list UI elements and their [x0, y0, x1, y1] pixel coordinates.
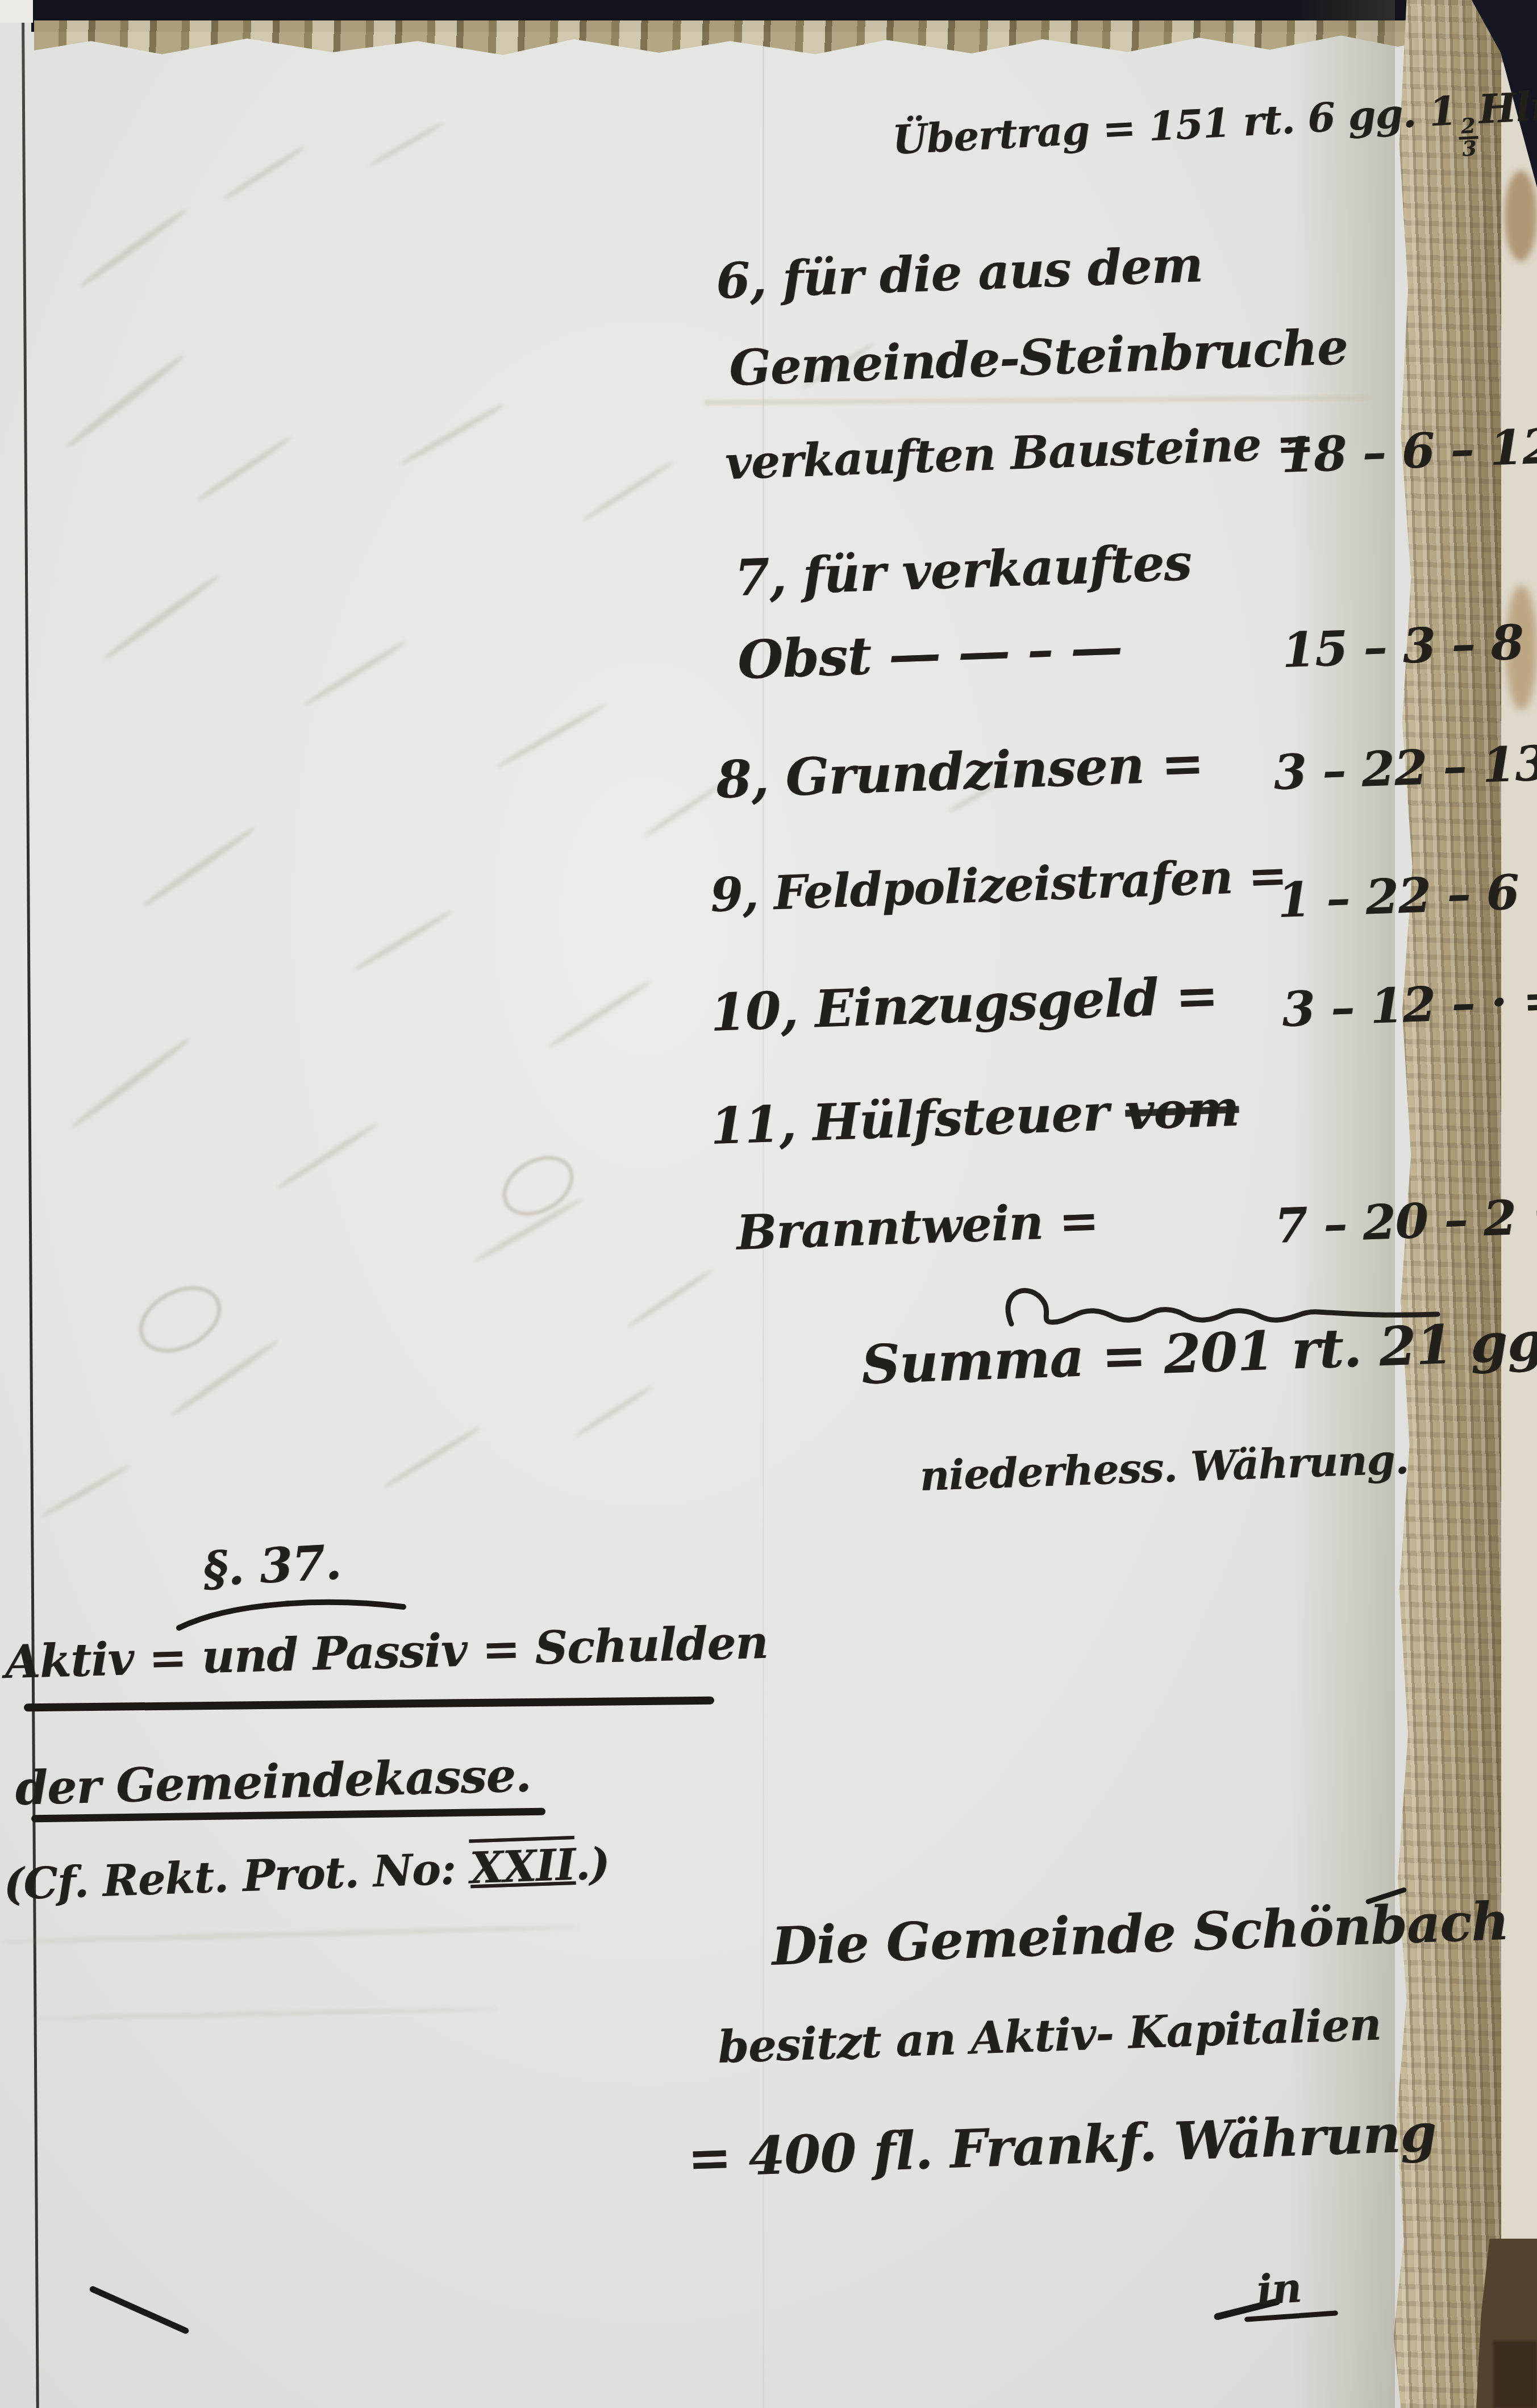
bleedthrough-mark	[34, 2006, 500, 2020]
bleedthrough-mark	[574, 1385, 653, 1438]
bleedthrough-mark	[399, 402, 505, 467]
carryover-fraction: 23	[1458, 116, 1480, 160]
entry-line: 9, Feldpolizeistrafen =	[710, 848, 1288, 923]
bleedthrough-mark	[102, 573, 221, 662]
bleedthrough-mark	[0, 1924, 580, 1945]
entry-amount: 3 – 22 – 1312–	[1273, 733, 1537, 830]
section-number: §. 37.	[202, 1534, 342, 1597]
entry-line: Obst — — – —	[736, 616, 1123, 691]
reference-number: XXII	[469, 1839, 576, 1893]
entry-amount: 15 – 3 – 8 –	[1281, 613, 1537, 678]
margin-rule-line	[22, 15, 39, 2408]
entry-line: Branntwein =	[736, 1192, 1099, 1261]
section-reference: (Cf. Rekt. Prot. No: XXII.)	[3, 1838, 610, 1910]
bleedthrough-mark	[353, 909, 454, 972]
bleedthrough-mark	[222, 144, 306, 201]
paper-crease	[705, 395, 1369, 405]
page-stain	[1505, 170, 1537, 261]
catchword: in	[1255, 2263, 1302, 2314]
section-title-line1: Aktiv = und Passiv = Schulden	[5, 1615, 769, 1689]
bleedthrough-mark	[78, 207, 188, 289]
bleedthrough-mark	[548, 980, 651, 1049]
entry-line: 10, Einzugsgeld =	[709, 965, 1218, 1043]
book-cover-corner	[1493, 2341, 1537, 2408]
entry-line: 7, für verkauftes	[734, 532, 1192, 607]
bleedthrough-mark	[303, 639, 407, 707]
bleedthrough-loop	[491, 1144, 584, 1228]
bleedthrough-mark	[195, 435, 293, 503]
body-line: Die Gemeinde Schönbach	[770, 1890, 1509, 1977]
carryover-unit: Hlr.	[1477, 82, 1537, 133]
bleedthrough-mark	[40, 1464, 131, 1519]
entry-line: 6, für die aus dem	[715, 236, 1203, 310]
bleedthrough-mark	[65, 353, 186, 449]
entry-line: Gemeinde-Steinbruche	[728, 318, 1348, 397]
bleedthrough-mark	[627, 1267, 714, 1328]
entry-line: 11, Hülfsteuer vom	[709, 1078, 1239, 1156]
struck-word: vom	[1124, 1078, 1239, 1141]
bleedthrough-loop	[128, 1273, 233, 1366]
bleedthrough-mark	[141, 825, 256, 909]
entry-line: 8, Grundzinsen =	[715, 733, 1204, 810]
body-line: besitzt an Aktiv- Kapitalien	[717, 1998, 1382, 2073]
section-title-line2: der Gemeindekasse.	[14, 1748, 531, 1816]
bleedthrough-mark	[495, 702, 607, 770]
entry-amount: 3 – 12 – · =	[1281, 972, 1537, 1038]
title-underline	[24, 1697, 714, 1712]
stray-ink-stroke	[89, 2285, 190, 2335]
bleedthrough-mark	[368, 121, 444, 168]
carryover-text: Übertrag = 151 rt. 6 gg. 1	[891, 87, 1457, 164]
entry-line: verkauften Bausteine =	[724, 416, 1315, 490]
manuscript-page-scan: Übertrag = 151 rt. 6 gg. 123Hlr. 6, für …	[0, 0, 1537, 2408]
bleedthrough-mark	[643, 780, 726, 838]
bleedthrough-mark	[70, 1036, 192, 1130]
bleedthrough-mark	[275, 1122, 378, 1191]
entry-amount: 1 – 22 – 6 =	[1277, 862, 1537, 928]
bleedthrough-mark	[382, 1425, 482, 1490]
bleedthrough-mark	[169, 1338, 280, 1418]
bleedthrough-mark	[581, 460, 674, 523]
torn-paper-top-edge	[34, 20, 1455, 58]
entry-amount: 7 – 20 – 2 =	[1274, 1188, 1537, 1254]
page-corner	[0, 0, 33, 23]
entry-amount: 18 – 6 – 1249	[1280, 417, 1537, 514]
